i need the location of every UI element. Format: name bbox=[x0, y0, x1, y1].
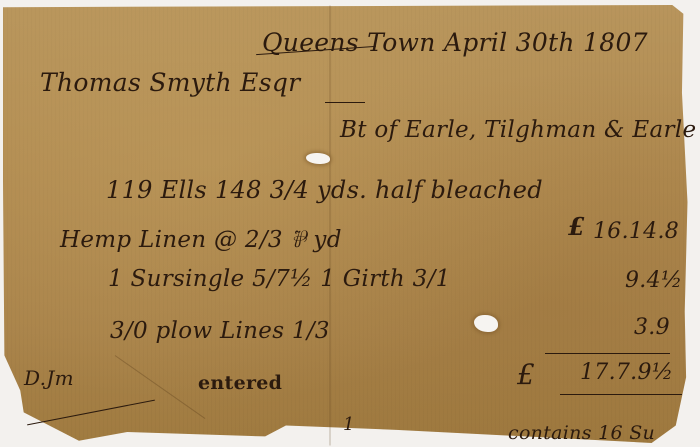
item-1-description-line2: Hemp Linen @ 2/3 ⅌ yd bbox=[60, 222, 342, 254]
entered-mark: entered bbox=[198, 372, 282, 394]
currency-symbol: £ bbox=[517, 358, 535, 391]
item-1-description-line1: 119 Ells 148 3/4 yds. half bleached bbox=[106, 176, 543, 204]
addressee-underline bbox=[325, 102, 365, 103]
bottom-center-fragment: 1 bbox=[343, 414, 355, 435]
place-date-line: Queens Town April 30th 1807 bbox=[262, 28, 648, 57]
total-amount: 17.7.9½ bbox=[580, 360, 673, 385]
total-rule-upper bbox=[545, 353, 670, 354]
item-1-bracket: £ bbox=[568, 212, 585, 241]
item-2-amount: 9.4½ bbox=[625, 268, 683, 293]
addressee: Thomas Smyth Esqr bbox=[40, 68, 300, 97]
item-3-amount: 3.9 bbox=[634, 315, 670, 340]
document-page: Queens Town April 30th 1807 Thomas Smyth… bbox=[0, 0, 700, 447]
initials-annotation: D.Jm bbox=[24, 366, 74, 390]
item-2-description: 1 Sursingle 5/7½ 1 Girth 3/1 bbox=[108, 266, 451, 292]
paper-hole-middle bbox=[474, 315, 498, 332]
item-3-description: 3/0 plow Lines 1/3 bbox=[110, 318, 330, 344]
bottom-right-fragment: contains 16 Su bbox=[508, 422, 655, 444]
place-date: Queens Town April 30th 1807 bbox=[262, 28, 648, 57]
item-1-amount: 16.14.8 bbox=[593, 219, 679, 244]
bought-of-line: Bt of Earle, Tilghman & Earle bbox=[340, 117, 696, 143]
total-rule-lower bbox=[560, 394, 682, 395]
paper-hole-top bbox=[306, 153, 330, 164]
